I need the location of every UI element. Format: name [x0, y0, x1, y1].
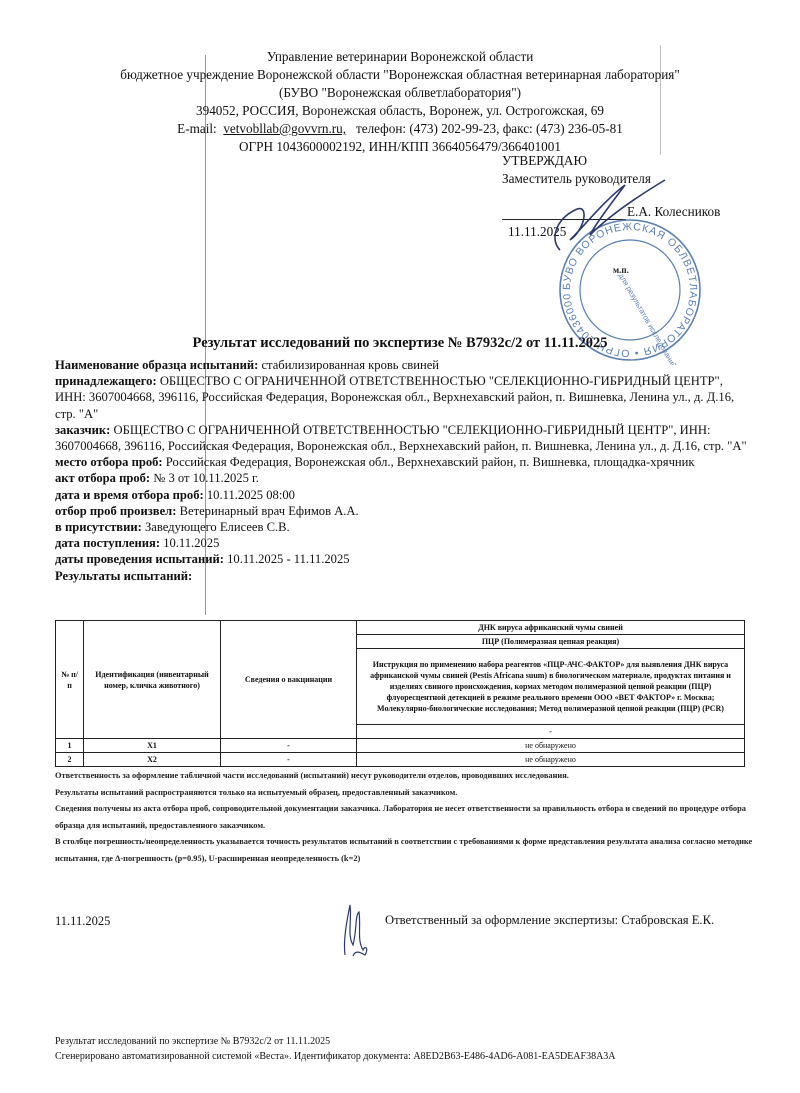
field-sampling-act: акт отбора проб: № 3 от 10.11.2025 г. [55, 470, 755, 486]
header-ogrn: ОГРН 1043600002192, ИНН/КПП 3664056479/3… [0, 138, 800, 156]
footer-generator-id: Сгенерировано автоматизированной системо… [55, 1049, 616, 1064]
email-link[interactable]: vetvobllab@govvrn.ru, [223, 121, 346, 136]
field-sampler: отбор проб произвел: Ветеринарный врач Е… [55, 503, 755, 519]
field-received-date: дата поступления: 10.11.2025 [55, 535, 755, 551]
header-line: 394052, РОССИЯ, Воронежская область, Вор… [0, 102, 800, 120]
col-header-vaccination: Сведения о вакцинации [221, 621, 357, 739]
field-sampling-datetime: дата и время отбора проб: 10.11.2025 08:… [55, 487, 755, 503]
col-header-id: Идентификация (инвентарный номер, кличка… [84, 621, 221, 739]
document-footer: Результат исследований по экспертизе № В… [55, 1034, 616, 1064]
field-test-dates: даты проведения испытаний: 10.11.2025 - … [55, 551, 755, 567]
note: Сведения получены из акта отбора проб, с… [55, 801, 755, 834]
field-customer: заказчик: ОБЩЕСТВО С ОГРАНИЧЕННОЙ ОТВЕТС… [55, 422, 755, 454]
email-label: E-mail: [177, 121, 217, 136]
document-title: Результат исследований по экспертизе № В… [0, 335, 800, 352]
note: Ответственность за оформление табличной … [55, 768, 755, 785]
approver-signature-icon [530, 170, 670, 265]
table-row: 1 X1 - не обнаружено [56, 739, 745, 753]
header-line: (БУВО "Воронежская облветлаборатория") [0, 84, 800, 102]
responsible-person: Ответственный за оформление экспертизы: … [385, 913, 714, 928]
result-cell: не обнаружено [357, 753, 745, 767]
col-header-num: № п/п [56, 621, 84, 739]
disclaimer-notes: Ответственность за оформление табличной … [55, 768, 755, 867]
test-instruction: Инструкция по применению набора реагенто… [357, 649, 745, 725]
note: Результаты испытаний распространяются то… [55, 785, 755, 802]
signoff-date: 11.11.2025 [55, 914, 110, 929]
field-owner: принадлежащего: ОБЩЕСТВО С ОГРАНИЧЕННОЙ … [55, 373, 755, 422]
header-line: бюджетное учреждение Воронежской области… [0, 66, 800, 84]
field-sample-name: Наименование образца испытаний: стабилиз… [55, 357, 755, 373]
test-norm: - [357, 725, 745, 739]
header-line: Управление ветеринарии Воронежской облас… [0, 48, 800, 66]
sample-details: Наименование образца испытаний: стабилиз… [55, 357, 755, 584]
letterhead: Управление ветеринарии Воронежской облас… [0, 48, 800, 156]
field-results-heading: Результаты испытаний: [55, 568, 755, 584]
test-name: ДНК вируса африканский чумы свиней [357, 621, 745, 635]
note: В столбце погрешность/неопределенность у… [55, 834, 755, 867]
test-method: ПЦР (Полимеразная цепная реакция) [357, 635, 745, 649]
footer-reference: Результат исследований по экспертизе № В… [55, 1034, 616, 1049]
approval-title: УТВЕРЖДАЮ [502, 152, 651, 170]
header-contacts: E-mail: vetvobllab@govvrn.ru, телефон: (… [0, 120, 800, 138]
responsible-signature-icon [335, 900, 375, 965]
result-cell: не обнаружено [357, 739, 745, 753]
table-row: 2 X2 - не обнаружено [56, 753, 745, 767]
phones: телефон: (473) 202-99-23, факс: (473) 23… [356, 121, 623, 136]
field-sampling-place: место отбора проб: Российская Федерация,… [55, 454, 755, 470]
field-witness: в присутствии: Заведующего Елисеев С.В. [55, 519, 755, 535]
results-table: № п/п Идентификация (инвентарный номер, … [55, 620, 745, 767]
